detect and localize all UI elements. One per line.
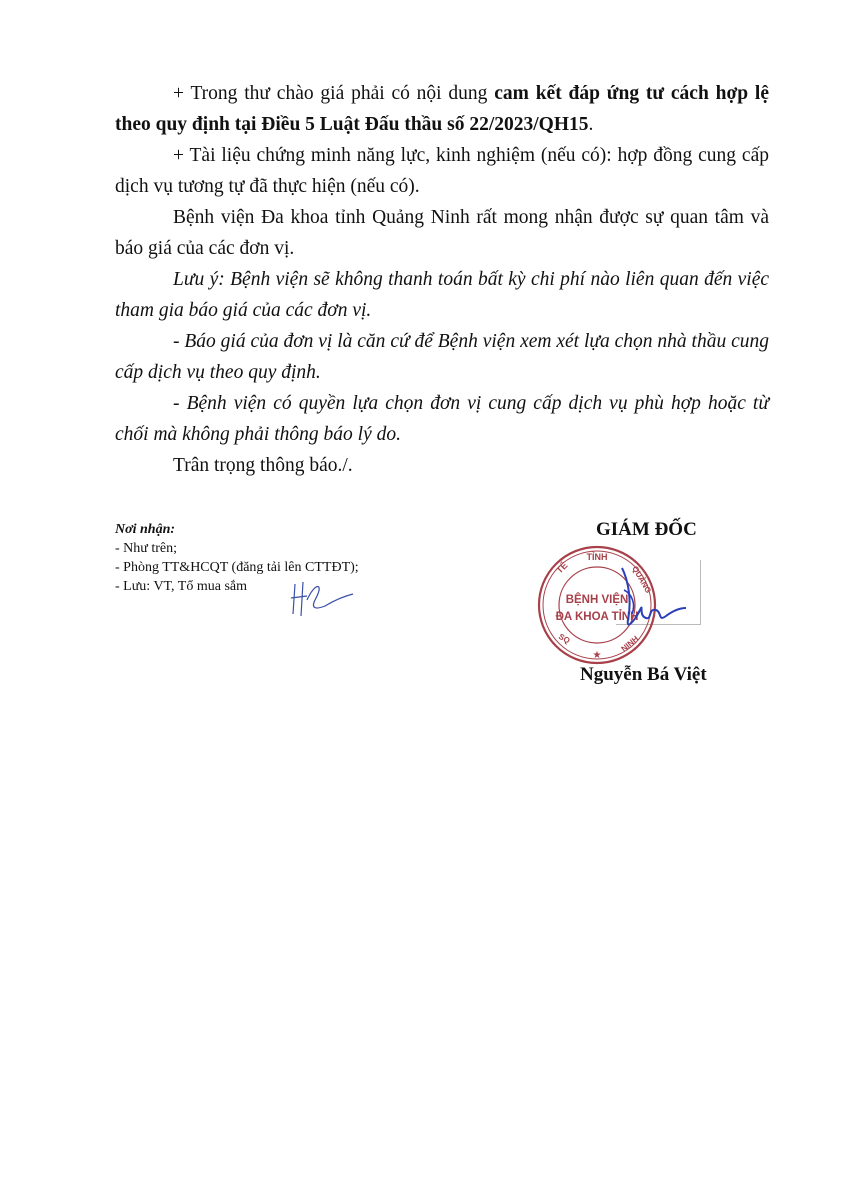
svg-text:TỈNH: TỈNH — [587, 551, 608, 562]
text-run: . — [589, 114, 594, 135]
text-run: - Bệnh viện có quyền lựa chọn đơn vị cun… — [115, 393, 769, 445]
paragraph: + Tài liệu chứng minh năng lực, kinh ngh… — [115, 140, 769, 202]
recipient-item: - Như trên; — [115, 539, 359, 558]
recipient-item: - Phòng TT&HCQT (đăng tải lên CTTĐT); — [115, 558, 359, 577]
paragraph: Trân trọng thông báo./. — [115, 450, 769, 481]
text-run: Trân trọng thông báo./. — [173, 455, 353, 476]
initials-signature-icon — [285, 578, 355, 618]
paragraph: + Trong thư chào giá phải có nội dung ca… — [115, 78, 769, 140]
text-run: Lưu ý: Bệnh viện sẽ không thanh toán bất… — [115, 269, 769, 321]
text-run: + Trong thư chào giá phải có nội dung — [173, 83, 494, 104]
director-signature-icon — [618, 560, 688, 650]
director-title: GIÁM ĐỐC — [596, 519, 697, 541]
paragraph: - Bệnh viện có quyền lựa chọn đơn vị cun… — [115, 388, 769, 450]
paragraph: - Báo giá của đơn vị là căn cứ để Bệnh v… — [115, 326, 769, 388]
paragraph: Lưu ý: Bệnh viện sẽ không thanh toán bất… — [115, 264, 769, 326]
text-run: - Báo giá của đơn vị là căn cứ để Bệnh v… — [115, 331, 769, 383]
document-page: + Trong thư chào giá phải có nội dung ca… — [0, 0, 849, 1200]
paragraph: Bệnh viện Đa khoa tỉnh Quảng Ninh rất mo… — [115, 202, 769, 264]
text-run: + Tài liệu chứng minh năng lực, kinh ngh… — [115, 145, 769, 197]
director-name: Nguyễn Bá Việt — [580, 664, 707, 686]
text-run: Bệnh viện Đa khoa tỉnh Quảng Ninh rất mo… — [115, 207, 769, 259]
recipients-title: Nơi nhận: — [115, 520, 359, 539]
svg-text:★: ★ — [593, 650, 602, 661]
